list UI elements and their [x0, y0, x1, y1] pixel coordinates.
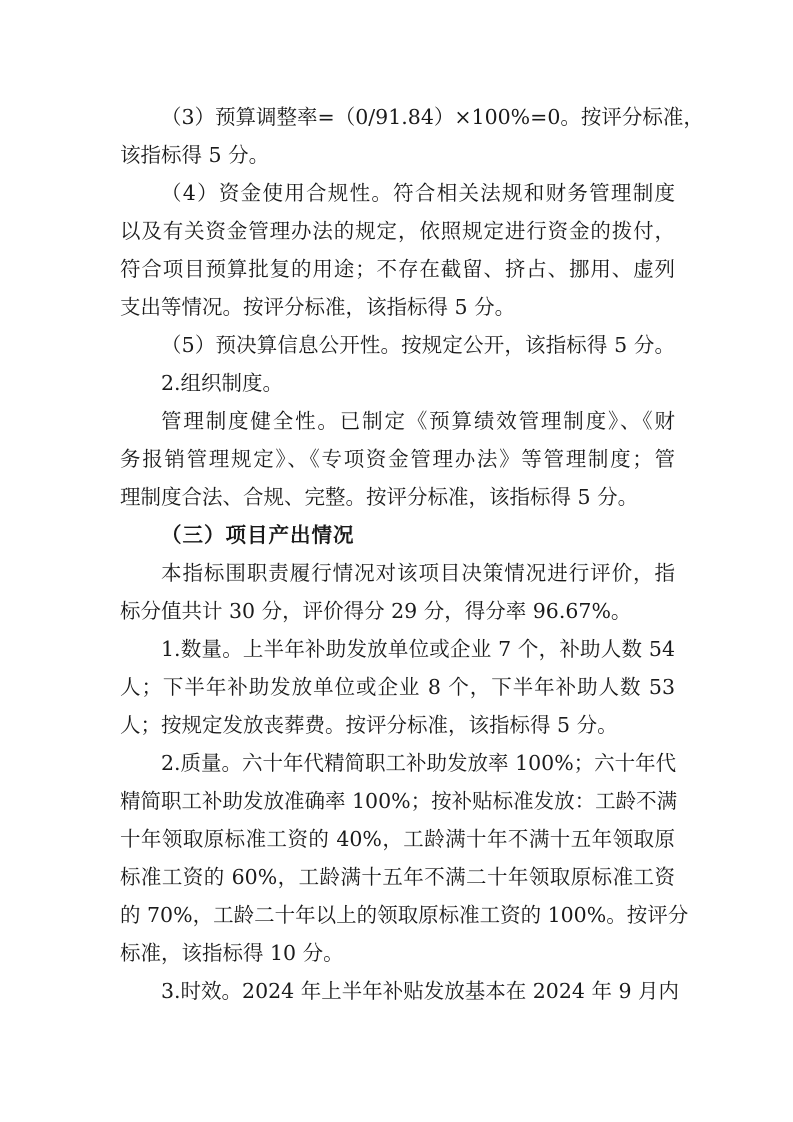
paragraph-line-timeliness: 3.时效。2024 年上半年补贴发放基本在 2024 年 9 月内	[161, 976, 675, 1006]
paragraph-line: 务报销管理规定》、《专项资金管理办法》等管理制度；管	[120, 444, 675, 474]
paragraph-line: 人；按规定发放丧葬费。按评分标准，该指标得 5 分。	[120, 710, 675, 740]
paragraph-line: 该指标得 5 分。	[120, 140, 675, 170]
paragraph-line: 符合项目预算批复的用途；不存在截留、挤占、挪用、虚列	[120, 254, 675, 284]
subheading-organization-system: 2.组织制度。	[161, 368, 675, 398]
paragraph-line: 十年领取原标准工资的 40%，工龄满十年不满十五年领取原	[120, 824, 675, 854]
paragraph-line: 标准工资的 60%，工龄满十五年不满二十年领取原标准工资	[120, 862, 675, 892]
paragraph-line: 以及有关资金管理办法的规定，依照规定进行资金的拨付，	[120, 216, 675, 246]
paragraph-line-output-summary: 本指标围职责履行情况对该项目决策情况进行评价，指	[161, 558, 675, 588]
paragraph-line: 标分值共计 30 分，评价得分 29 分，得分率 96.67%。	[120, 596, 675, 626]
paragraph-line-info-disclosure: （5）预决算信息公开性。按规定公开，该指标得 5 分。	[161, 330, 675, 360]
paragraph-line-quantity: 1.数量。上半年补助发放单位或企业 7 个，补助人数 54	[161, 634, 675, 664]
paragraph-line: 的 70%，工龄二十年以上的领取原标准工资的 100%。按评分	[120, 900, 675, 930]
paragraph-line: 精简职工补助发放准确率 100%；按补贴标准发放：工龄不满	[120, 786, 675, 816]
paragraph-line: 理制度合法、合规、完整。按评分标准，该指标得 5 分。	[120, 482, 675, 512]
paragraph-line-budget-adjustment-rate: （3）预算调整率=（0/91.84）×100%=0。按评分标准，	[161, 102, 675, 132]
section-heading-project-output: （三）项目产出情况	[161, 520, 675, 550]
paragraph-line: 标准，该指标得 10 分。	[120, 938, 675, 968]
paragraph-line: 人；下半年补助发放单位或企业 8 个，下半年补助人数 53	[120, 672, 675, 702]
paragraph-line-quality: 2.质量。六十年代精简职工补助发放率 100%；六十年代	[161, 748, 675, 778]
paragraph-line-fund-compliance: （4）资金使用合规性。符合相关法规和财务管理制度	[161, 178, 675, 208]
paragraph-line-management-system: 管理制度健全性。已制定《预算绩效管理制度》、《财	[161, 406, 675, 436]
paragraph-line: 支出等情况。按评分标准，该指标得 5 分。	[120, 292, 675, 322]
